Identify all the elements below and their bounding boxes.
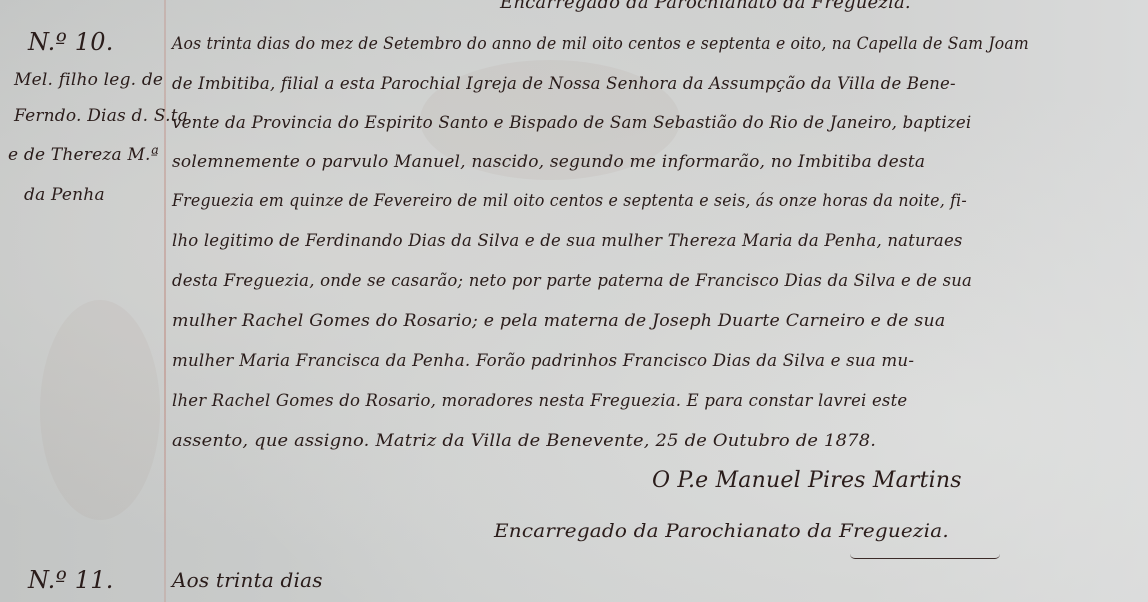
header-fragment: Encarregado da Parochianato da Freguezia… [500,0,911,13]
record-line: lho legitimo de Ferdinando Dias da Silva… [172,231,963,251]
margin-note-line: e de Thereza M.ª [8,145,159,165]
record-line: Aos trinta dias do mez de Setembro do an… [172,34,1029,54]
record-line: solemnemente o parvulo Manuel, nascido, … [172,152,925,172]
record-line: de Imbitiba, filial a esta Parochial Igr… [172,74,956,94]
record-line: mulher Maria Francisca da Penha. Forão p… [172,351,914,371]
paper-stain [40,300,160,520]
margin-note-line: Mel. filho leg. de [14,70,163,90]
record-line: assento, que assigno. Matriz da Villa de… [172,431,876,451]
record-line: lher Rachel Gomes do Rosario, moradores … [172,391,907,411]
record-line: mulher Rachel Gomes do Rosario; e pela m… [172,311,945,331]
margin-note-line: da Penha [24,185,105,205]
margin-rule [164,0,166,602]
record-line: desta Freguezia, onde se casarão; neto p… [172,271,972,291]
margin-note-line: Ferndo. Dias d. S.ta [14,106,188,126]
record-line: Freguezia em quinze de Fevereiro de mil … [172,191,967,211]
document-page: Encarregado da Parochianato da Freguezia… [0,0,1148,602]
record-line: vente da Provincia do Espirito Santo e B… [172,113,971,133]
signature-flourish [850,554,1000,559]
priest-signature: O P.e Manuel Pires Martins [652,468,962,493]
entry-number: N.º 10. [28,28,114,56]
entry-number: N.º 11. [28,566,114,594]
record-line: Aos trinta dias [172,568,323,592]
signature-title: Encarregado da Parochianato da Freguezia… [494,520,949,542]
